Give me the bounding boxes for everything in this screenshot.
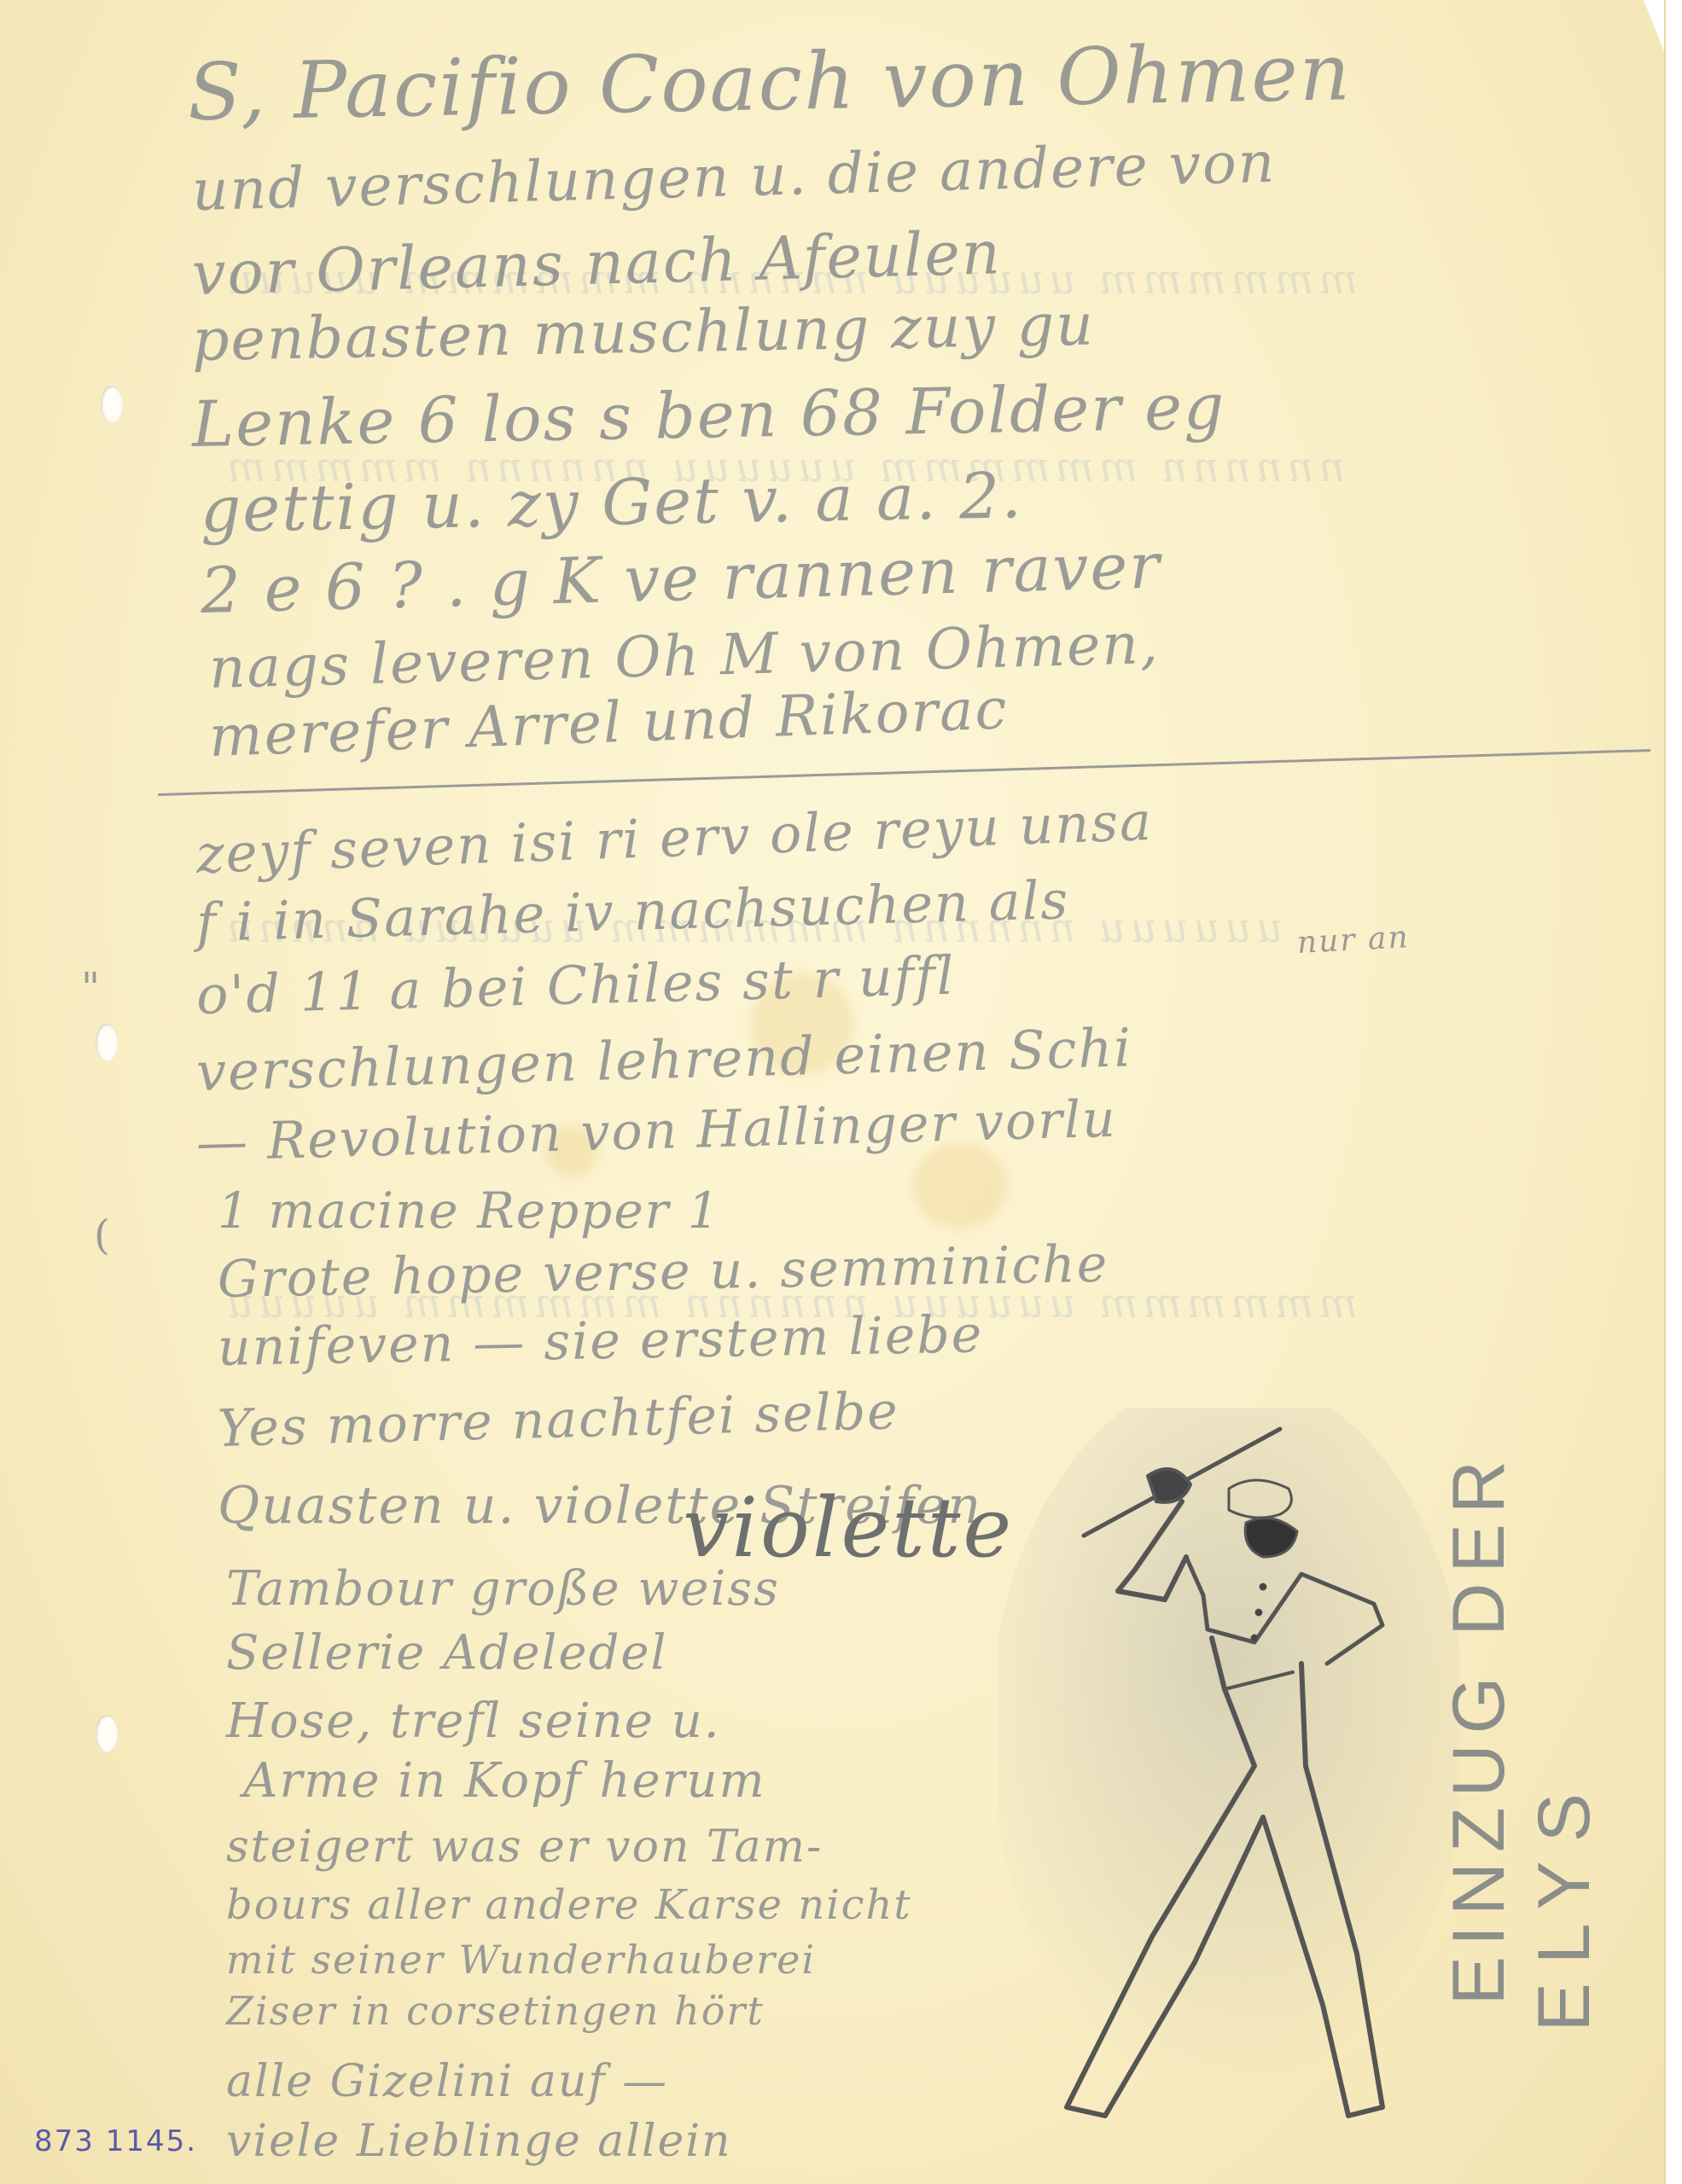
- handwritten-line: mit seiner Wunderhauberei: [226, 1937, 816, 1983]
- highlighted-word: violette: [683, 1480, 1014, 1576]
- handwritten-line: Hose, trefl seine u.: [226, 1693, 721, 1749]
- handwritten-line: verschlungen lehrend einen Schi: [195, 1016, 1133, 1103]
- handwritten-line: unifeven — sie erstem liebe: [217, 1304, 983, 1378]
- punch-hole: [96, 1024, 118, 1061]
- paper-stain: [913, 1143, 1007, 1228]
- superscript-note: nur an: [1296, 920, 1411, 961]
- vertical-caption: EINZUG DER: [1442, 1450, 1510, 2005]
- handwritten-line: Arme in Kopf herum: [243, 1753, 766, 1809]
- handwritten-line: S, Pacifio Coach von Ohmen: [187, 26, 1353, 138]
- vertical-caption: ELYS: [1528, 1774, 1596, 2032]
- punch-hole: [101, 386, 123, 423]
- handwritten-line: Ziser in corsetingen hört: [226, 1988, 765, 2034]
- handwritten-line: und verschlungen u. die andere von: [191, 130, 1277, 224]
- handwritten-line: bours aller andere Karse nicht: [226, 1881, 912, 1929]
- handwritten-line: steigert was er von Tam-: [226, 1821, 823, 1873]
- torn-corner: [1630, 0, 1664, 51]
- handwritten-line: viele Lieblinge allein: [226, 2116, 731, 2167]
- archive-number: 873 1145.: [34, 2124, 197, 2158]
- handwritten-line: gettig u. zy Get v. a a. 2.: [200, 459, 1023, 547]
- margin-quote-mark: ": [81, 964, 100, 1012]
- drum-major-sketch: [998, 1408, 1459, 2175]
- margin-bracket-mark: (: [94, 1211, 110, 1259]
- manuscript-page: mmmmmm uuuuuu nnnnnn mmmmmm uuuuu nnnnnn…: [0, 0, 1666, 2184]
- punch-hole: [96, 1715, 118, 1752]
- handwritten-line: Sellerie Adeledel: [226, 1625, 667, 1681]
- handwritten-line: 1 macine Repper 1: [218, 1182, 721, 1240]
- handwritten-line: Yes morre nachtfei selbe: [217, 1381, 899, 1459]
- handwritten-line: alle Gizelini auf —: [226, 2056, 668, 2107]
